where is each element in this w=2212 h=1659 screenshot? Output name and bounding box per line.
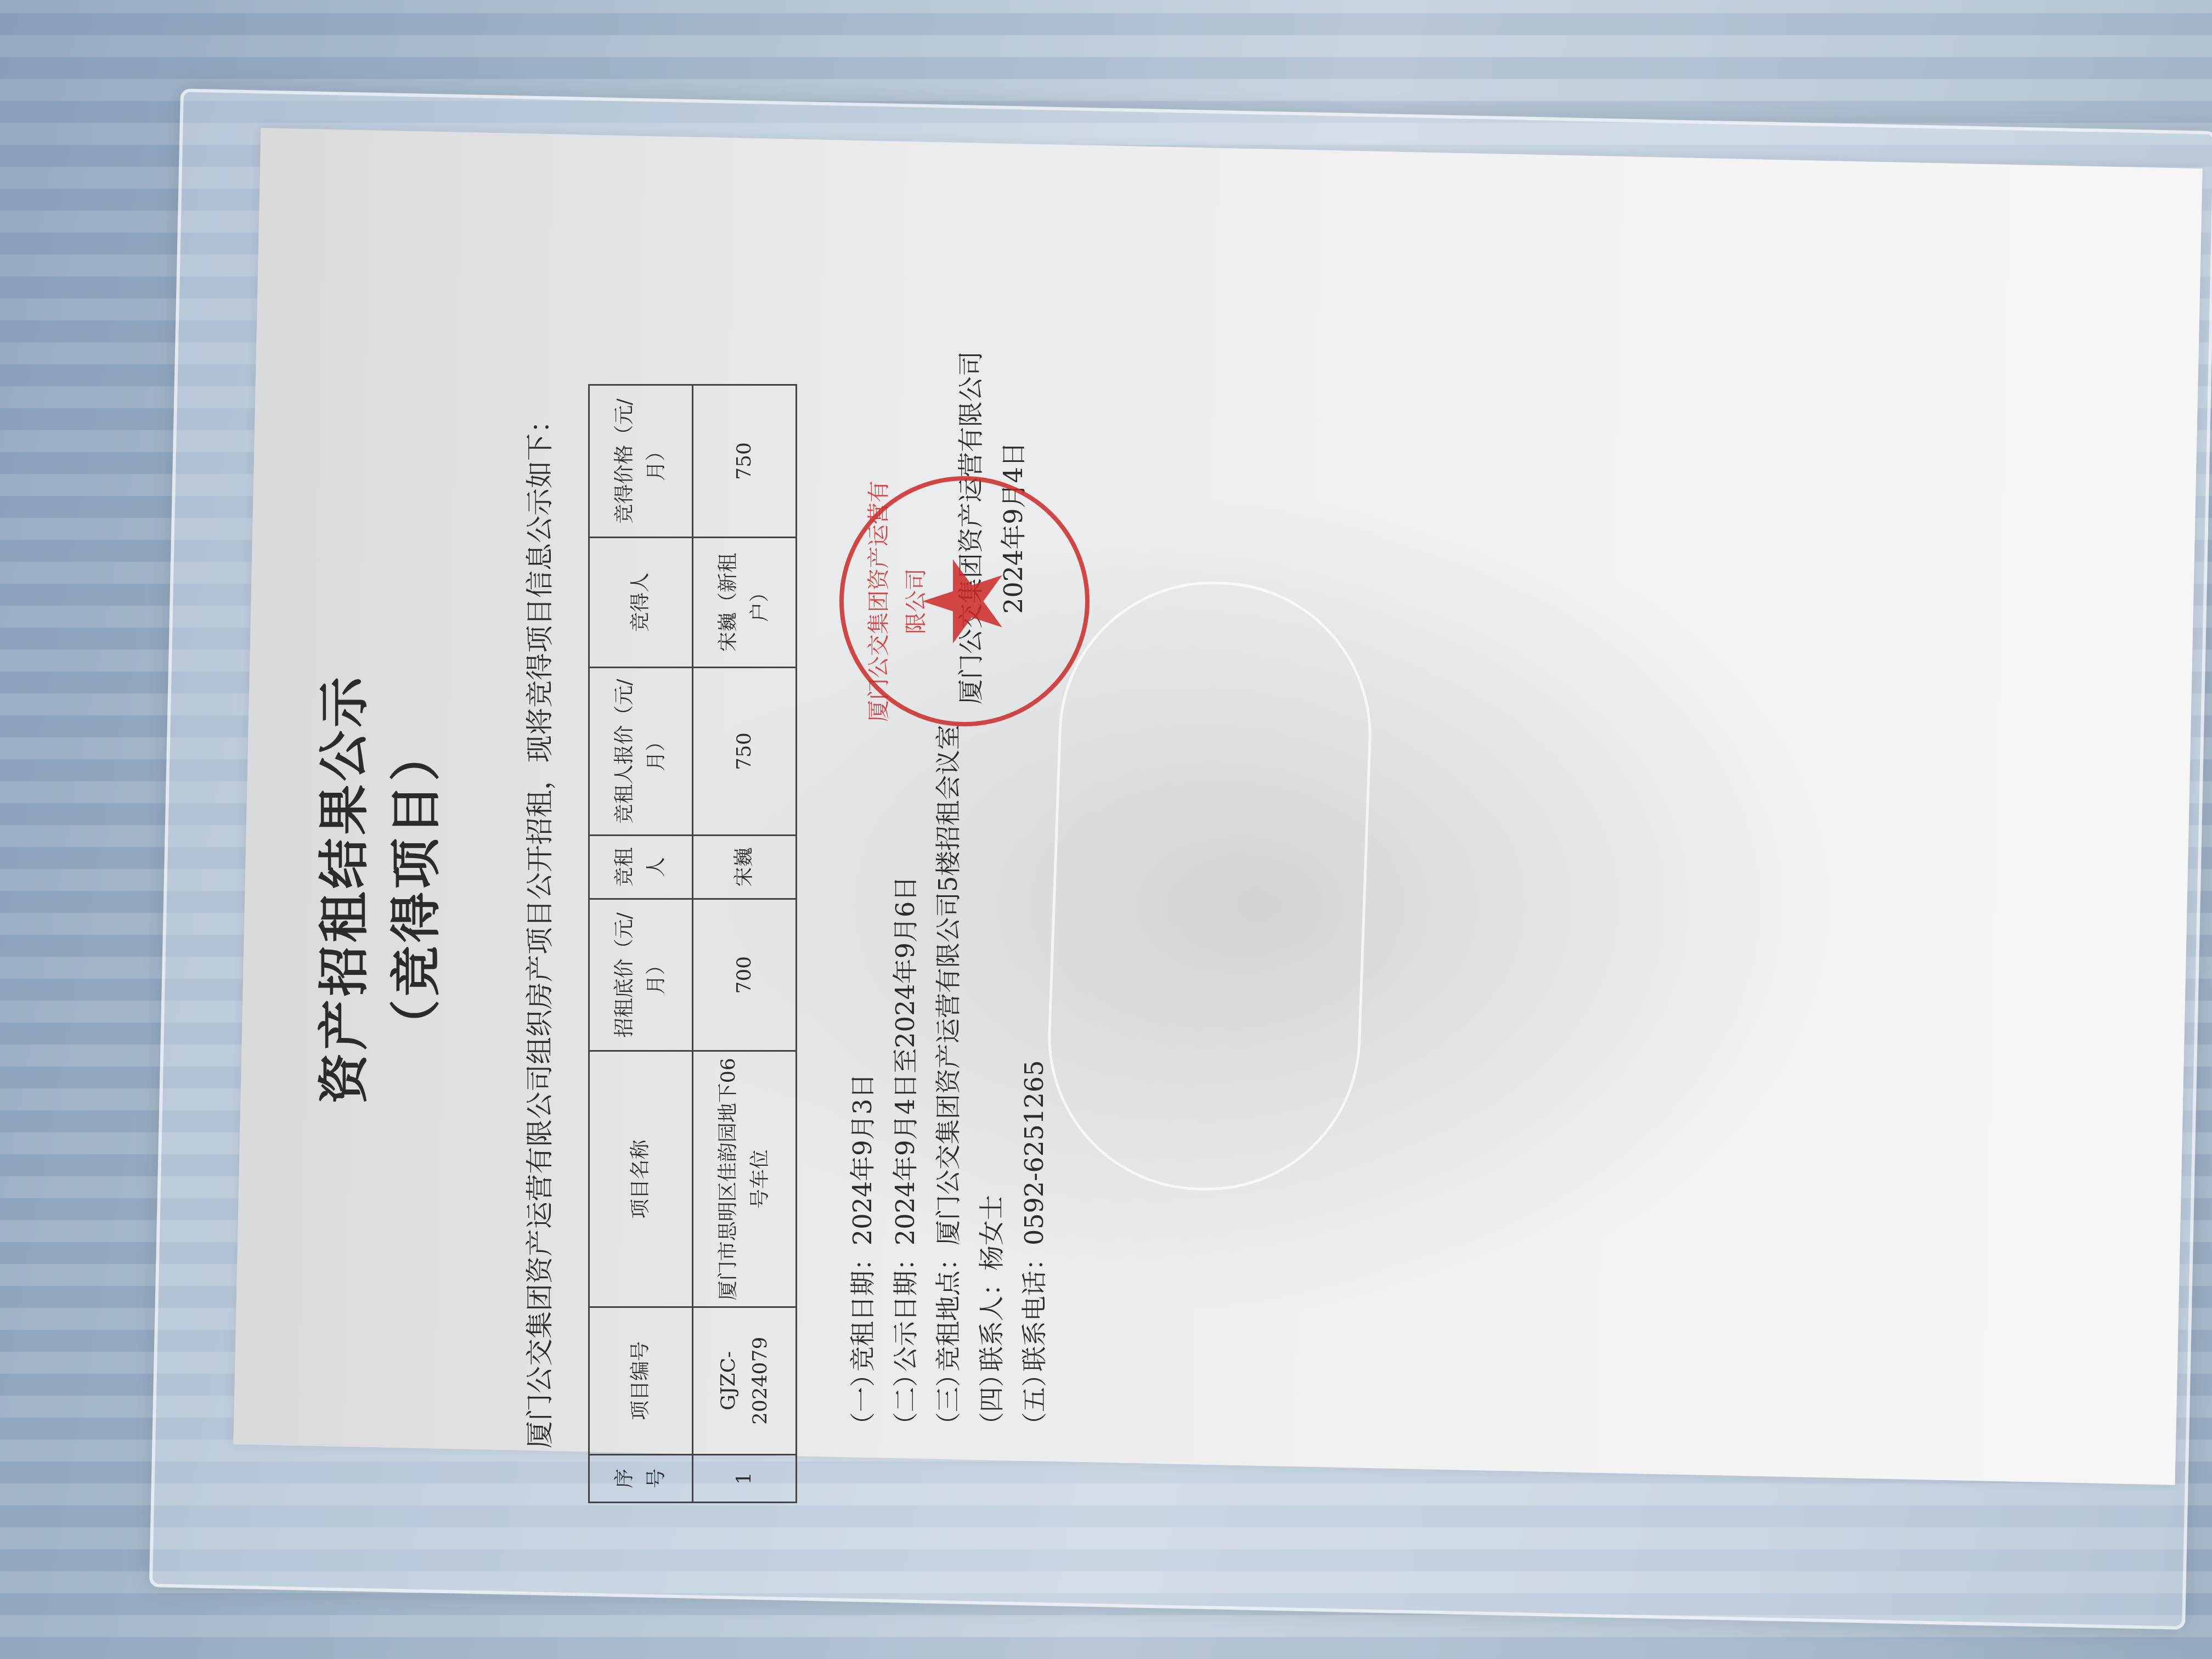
header-cell: 竞租人报价（元/月） (589, 667, 693, 835)
document-subtitle: （竞得项目） (376, 208, 448, 1569)
seal-text: 厦门公交集团资产运营有限公司 (860, 481, 935, 722)
document-title: 资产招租结果公示 (313, 208, 376, 1569)
header-cell: 竞租人 (589, 835, 693, 899)
info-bid-date: （一） 竞租日期： 2024年9月3日 (841, 208, 884, 1437)
info-label: 联系电话： (1013, 1245, 1056, 1372)
header-cell: 招租底价（元/月） (589, 899, 693, 1051)
header-cell: 项目名称 (589, 1051, 693, 1307)
info-value: 2024年9月4日至2024年9月6日 (884, 876, 927, 1245)
intro-paragraph: 厦门公交集团资产运营有限公司组织房产项目公开招租，现将竞得项目信息公示如下： (514, 263, 566, 1503)
header-cell: 序号 (589, 1454, 693, 1502)
cell-winner: 宋巍（新租户） (693, 537, 797, 667)
info-number: （四） (970, 1372, 1013, 1437)
info-label: 竞租日期： (841, 1245, 884, 1372)
header-cell: 竞得人 (589, 537, 693, 667)
header-cell: 竞得价格（元/月） (589, 385, 693, 538)
cell-reserve-price: 700 (693, 899, 797, 1051)
cell-project-name: 厦门市思明区佳韵园地下06号车位 (693, 1051, 797, 1307)
info-label: 公示日期： (884, 1245, 927, 1372)
info-number: （五） (1013, 1372, 1056, 1437)
info-value: 0592-6251265 (1013, 1060, 1056, 1245)
info-value: 2024年9月3日 (841, 1073, 884, 1245)
info-value: 厦门公交集团资产运营有限公司5楼招租会议室 (927, 725, 969, 1245)
notice-document: 资产招租结果公示 （竞得项目） 厦门公交集团资产运营有限公司组织房产项目公开招租… (236, 208, 1388, 1569)
cell-index: 1 (693, 1454, 797, 1502)
company-seal: 厦门公交集团资产运营有限公司 ★ (839, 476, 1090, 726)
cell-bid-price: 750 (693, 667, 797, 835)
table-header-row: 序号 项目编号 项目名称 招租底价（元/月） 竞租人 竞租人报价（元/月） 竞得… (589, 385, 693, 1503)
info-number: （一） (841, 1372, 884, 1437)
info-publicity-date: （二） 公示日期： 2024年9月4日至2024年9月6日 (884, 208, 927, 1437)
info-number: （三） (927, 1372, 969, 1437)
info-value: 杨女士 (970, 1195, 1013, 1271)
results-table: 序号 项目编号 项目名称 招租底价（元/月） 竞租人 竞租人报价（元/月） 竞得… (588, 384, 797, 1503)
info-label: 竞租地点： (927, 1245, 969, 1372)
info-number: （二） (884, 1372, 927, 1437)
cell-winning-price: 750 (693, 385, 797, 538)
info-label: 联系人： (970, 1271, 1013, 1372)
cell-bidder: 宋巍 (693, 835, 797, 899)
cell-project-id: GJZC-2024079 (693, 1307, 797, 1455)
table-row: 1 GJZC-2024079 厦门市思明区佳韵园地下06号车位 700 宋巍 7… (693, 385, 797, 1503)
header-cell: 项目编号 (589, 1307, 693, 1455)
signature-block: 厦门公交集团资产运营有限公司 ★ 厦门公交集团资产运营有限公司 2024年9月4… (949, 351, 1035, 704)
